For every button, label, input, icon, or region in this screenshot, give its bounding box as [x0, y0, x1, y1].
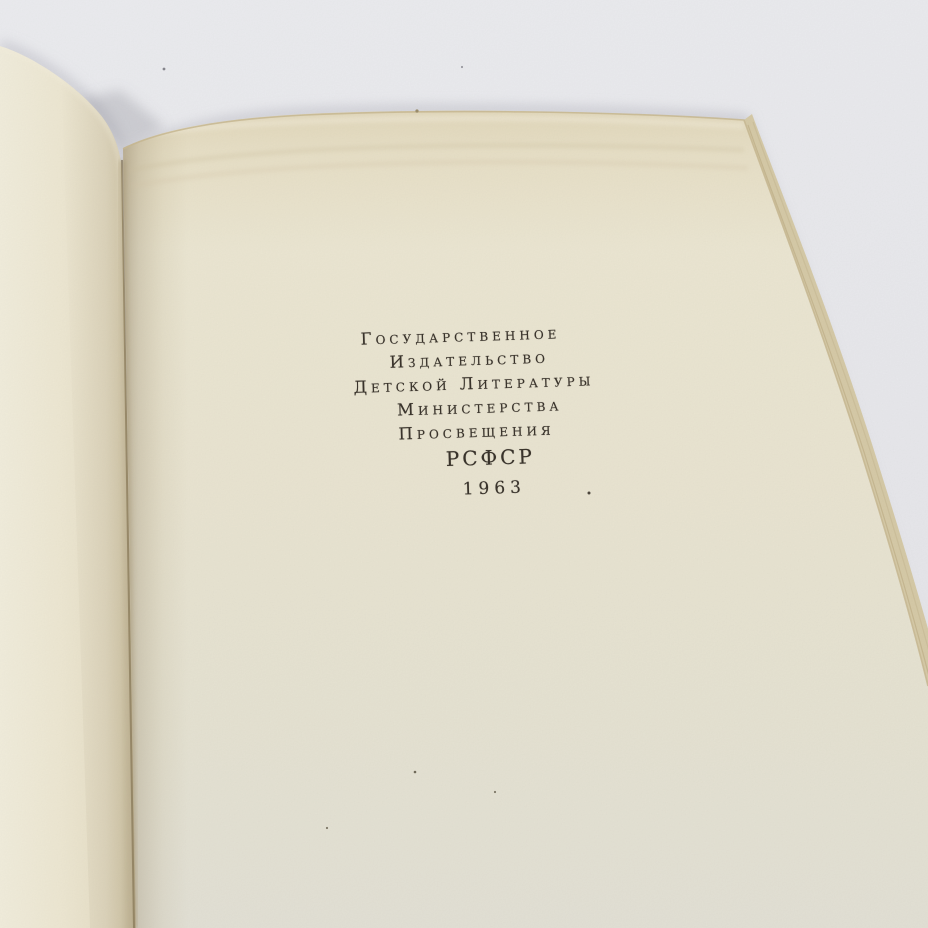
book-photo: Государственное Издательство Детской Лит…	[0, 0, 928, 928]
colophon-text-block: Государственное Издательство Детской Лит…	[294, 318, 660, 511]
